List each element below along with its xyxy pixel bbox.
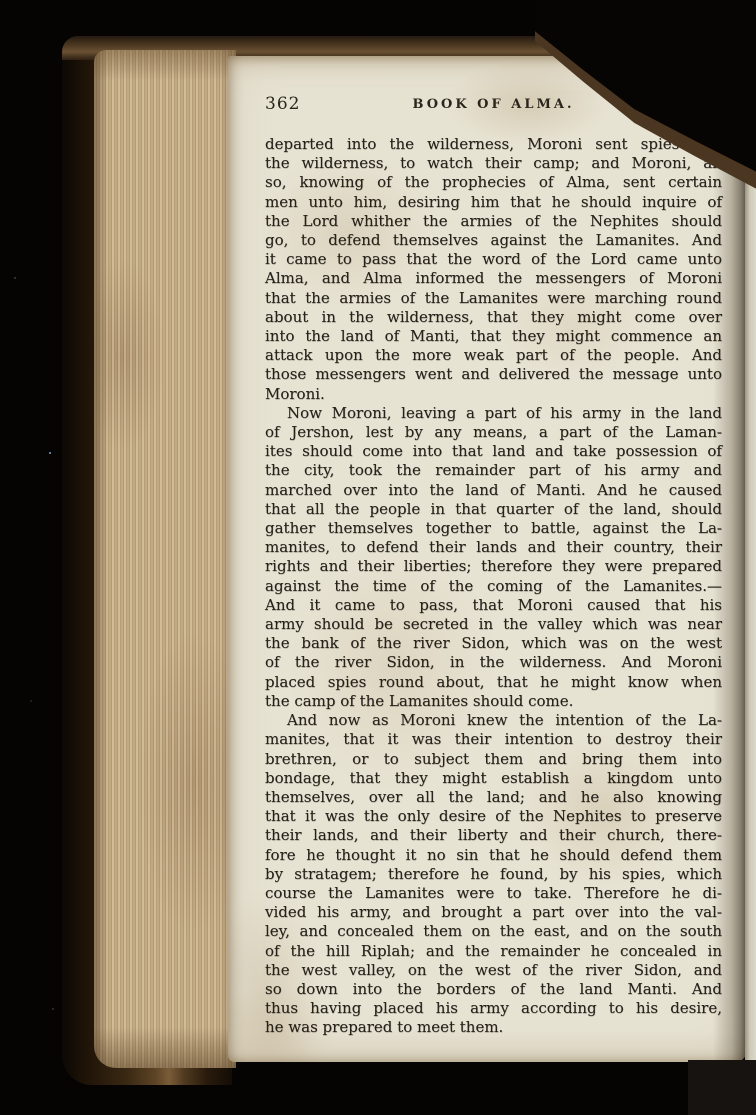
page-text: departed into the wilderness, Moroni sen… (265, 135, 722, 1038)
photo-backdrop: 362 BOOK OF ALMA. departed into the wild… (0, 0, 756, 1115)
text-line: And it came to pass, that Moroni caused … (265, 596, 722, 615)
text-line: go, to defend themselves against the Lam… (265, 231, 722, 250)
text-line: Alma, and Alma informed the messengers o… (265, 269, 722, 288)
text-line: by stratagem; therefore he found, by his… (265, 865, 722, 884)
text-line: of the river Sidon, in the wilderness. A… (265, 653, 722, 672)
text-line: fore he thought it no sin that he should… (265, 846, 722, 865)
text-line: against the time of the coming of the La… (265, 577, 722, 596)
text-line: attack upon the more weak part of the pe… (265, 346, 722, 365)
text-line: themselves, over all the land; and he al… (265, 788, 722, 807)
next-page-sliver (745, 150, 756, 1062)
text-line: manites, to defend their lands and their… (265, 538, 722, 557)
text-line: he was prepared to meet them. (265, 1018, 722, 1037)
text-line: that the armies of the Lamanites were ma… (265, 289, 722, 308)
text-line: rights and their liberties; therefore th… (265, 557, 722, 576)
paragraph: Now Moroni, leaving a part of his army i… (265, 404, 722, 711)
text-line: And now as Moroni knew the intention of … (265, 711, 722, 730)
text-line: thus having placed his army according to… (265, 999, 722, 1018)
text-line: so, knowing of the prophecies of Alma, s… (265, 173, 722, 192)
text-line: the city, took the remainder part of his… (265, 461, 722, 480)
text-line: the west valley, on the west of the rive… (265, 961, 722, 980)
text-line: Now Moroni, leaving a part of his army i… (265, 404, 722, 423)
text-line: the bank of the river Sidon, which was o… (265, 634, 722, 653)
text-line: departed into the wilderness, Moroni sen… (265, 135, 722, 154)
text-line: course the Lamanites were to take. There… (265, 884, 722, 903)
text-line: so down into the borders of the land Man… (265, 980, 722, 999)
dust-specks (0, 0, 2, 2)
text-line: gather themselves together to battle, ag… (265, 519, 722, 538)
text-line: the wilderness, to watch their camp; and… (265, 154, 722, 173)
gutter-dark-step (688, 1060, 756, 1115)
text-line: brethren, or to subject them and bring t… (265, 750, 722, 769)
text-line: marched over into the land of Manti. And… (265, 481, 722, 500)
text-line: bondage, that they might establish a kin… (265, 769, 722, 788)
text-line: about in the wilderness, that they might… (265, 308, 722, 327)
text-line: the camp of the Lamanites should come. (265, 692, 722, 711)
text-line: that all the people in that quarter of t… (265, 500, 722, 519)
text-line: of Jershon, lest by any means, a part of… (265, 423, 722, 442)
text-line: manites, that it was their intention to … (265, 730, 722, 749)
text-line: those messengers went and delivered the … (265, 365, 722, 384)
text-line: of the hill Riplah; and the remainder he… (265, 942, 722, 961)
text-line: the Lord whither the armies of the Nephi… (265, 212, 722, 231)
text-line: army should be secreted in the valley wh… (265, 615, 722, 634)
text-line: their lands, and their liberty and their… (265, 826, 722, 845)
paragraph: departed into the wilderness, Moroni sen… (265, 135, 722, 404)
text-line: it came to pass that the word of the Lor… (265, 250, 722, 269)
text-line: that it was the only desire of the Nephi… (265, 807, 722, 826)
text-line: into the land of Manti, that they might … (265, 327, 722, 346)
book-page: 362 BOOK OF ALMA. departed into the wild… (228, 56, 747, 1062)
book-fore-edge (94, 50, 236, 1068)
paragraph: And now as Moroni knew the intention of … (265, 711, 722, 1037)
text-line: placed spies round about, that he might … (265, 673, 722, 692)
text-line: ley, and concealed them on the east, and… (265, 922, 722, 941)
text-line: ites should come into that land and take… (265, 442, 722, 461)
text-line: men unto him, desiring him that he shoul… (265, 193, 722, 212)
text-line: vided his army, and brought a part over … (265, 903, 722, 922)
text-line: Moroni. (265, 385, 722, 404)
